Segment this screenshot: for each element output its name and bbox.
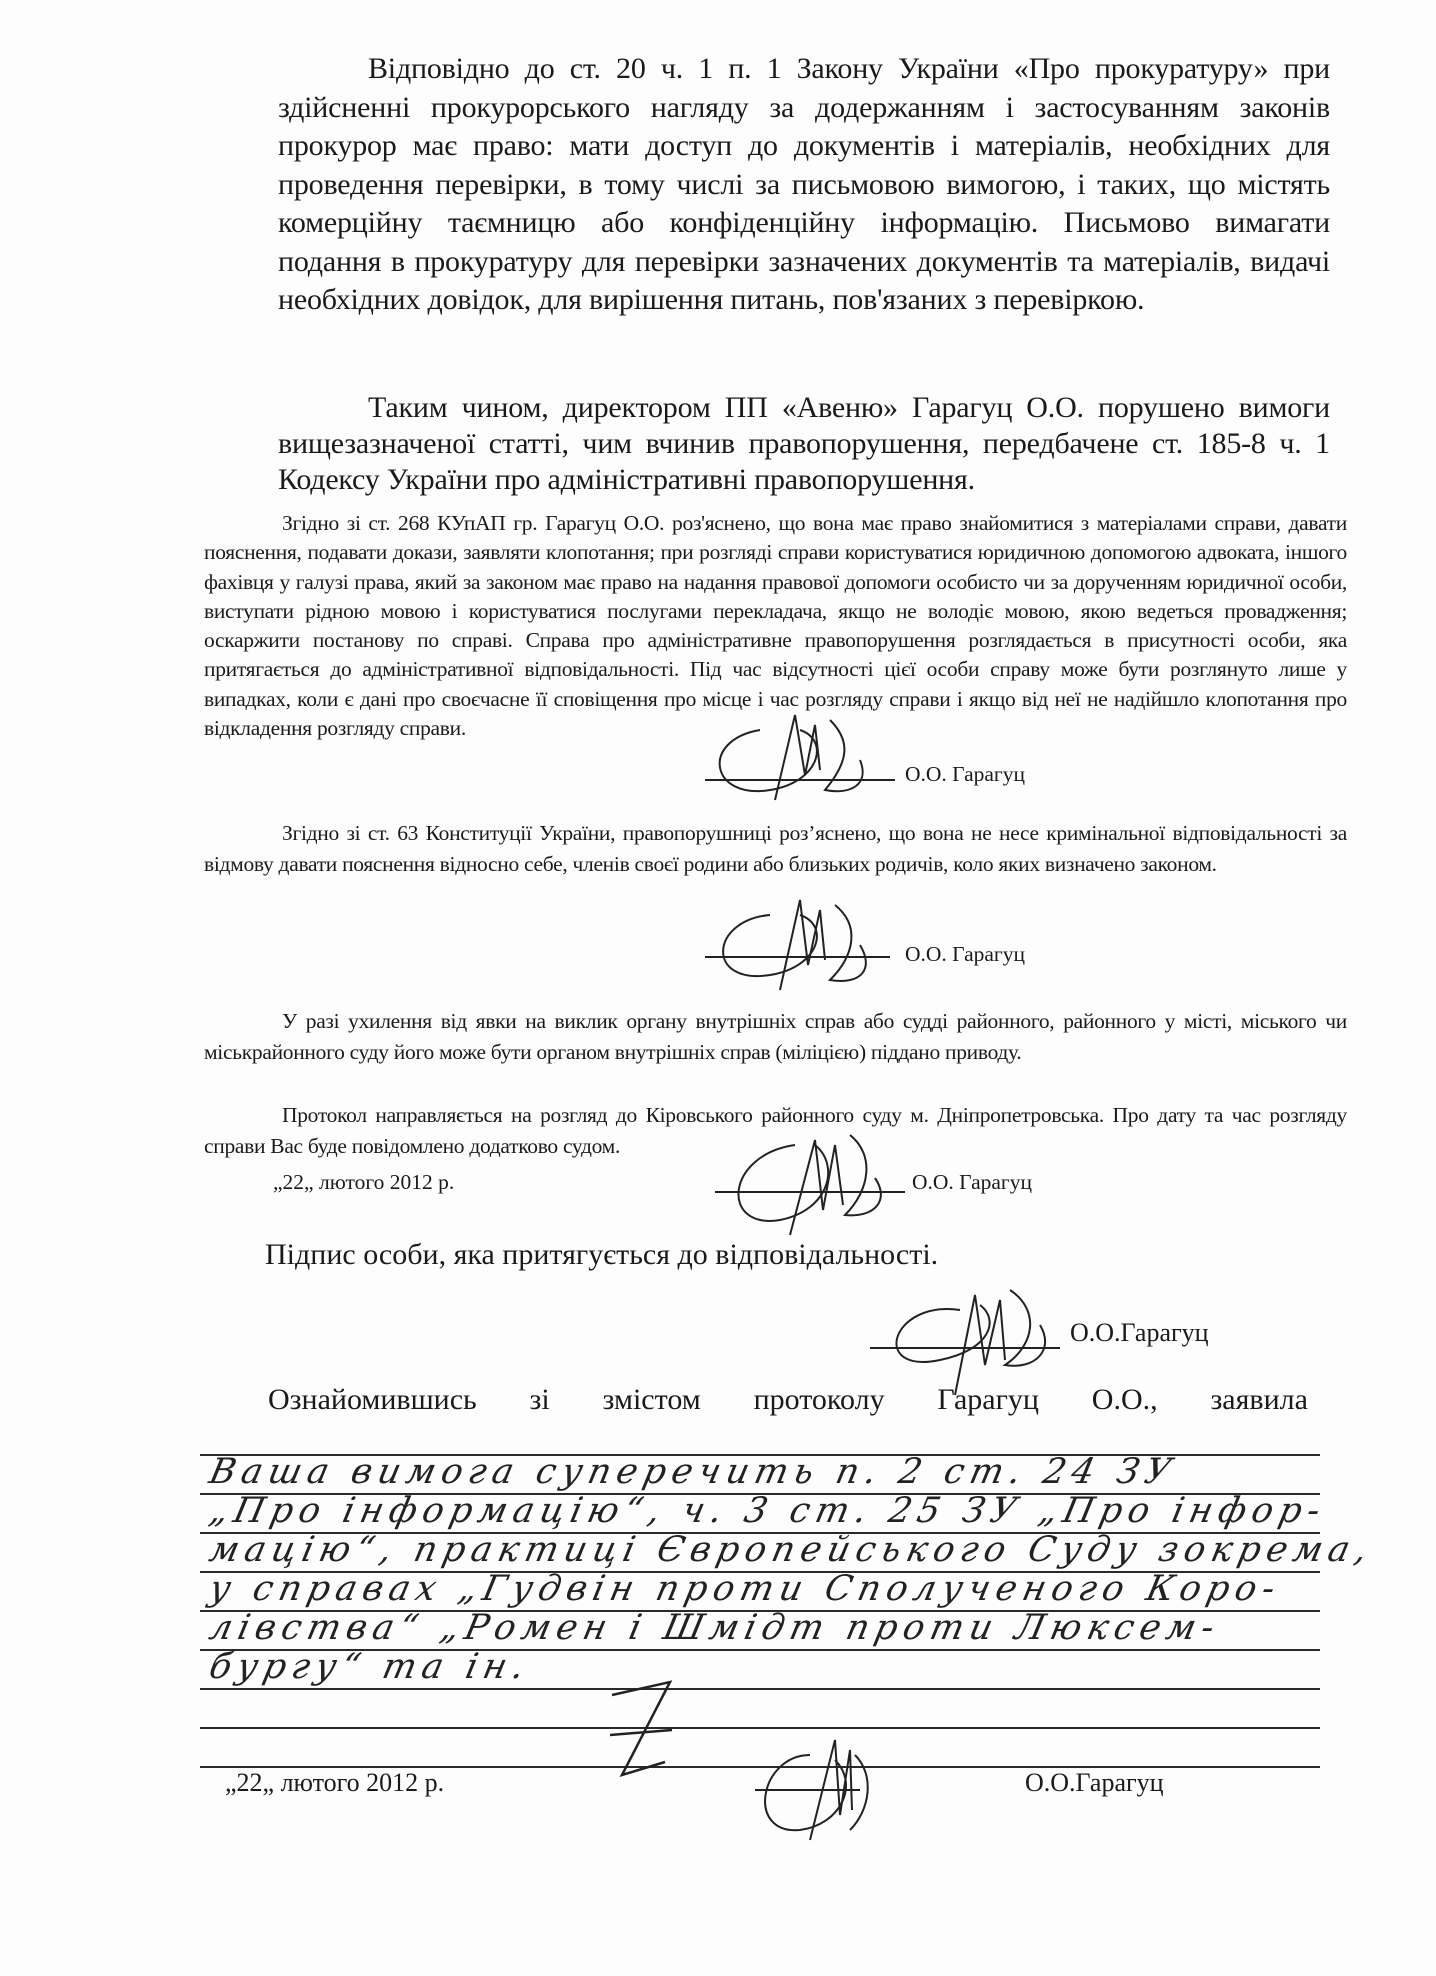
handwritten-statement: Ваша вимога суперечить п. 2 ст. 24 ЗУ „П… — [200, 1440, 1330, 1780]
signature-5-name: О.О.Гарагуц — [1025, 1768, 1164, 1798]
handwritten-line: бургу“ та ін. — [206, 1647, 534, 1687]
document-page: Відповідно до ст. 20 ч. 1 п. 1 Закону Ук… — [0, 0, 1436, 1976]
handwritten-line: у справах „Гудвін проти Сполученого Коро… — [206, 1569, 1285, 1609]
handwritten-line: Ваша вимога суперечить п. 2 ст. 24 ЗУ — [206, 1452, 1181, 1492]
paragraph-violation: Таким чином, директором ПП «Авеню» Гараг… — [278, 390, 1330, 498]
blank-strike-mark — [610, 1680, 680, 1780]
paragraph-summons: У разі ухилення від явки на виклик орган… — [204, 1006, 1347, 1068]
intro-word: Ознайомившись — [268, 1383, 477, 1417]
signature-title: Підпис особи, яка притягується до відпов… — [265, 1238, 938, 1272]
statement-intro: Ознайомившись зі змістом протоколу Гараг… — [268, 1383, 1308, 1417]
signature-2-name: О.О. Гарагуц — [905, 942, 1025, 967]
ruled-line — [200, 1688, 1320, 1690]
date-2: „22„ лютого 2012 р. — [225, 1768, 444, 1798]
paragraph-constitution: Згідно зі ст. 63 Конституції України, пр… — [204, 818, 1347, 880]
signature-3-name: О.О. Гарагуц — [912, 1170, 1032, 1195]
paragraph-prosecutor-rights: Відповідно до ст. 20 ч. 1 п. 1 Закону Ук… — [278, 50, 1330, 320]
handwritten-line: лівства“ „Ромен і Шмідт проти Люксем- — [206, 1608, 1224, 1648]
intro-word: заявила — [1210, 1383, 1307, 1417]
ruled-line — [200, 1727, 1320, 1729]
signature-5 — [740, 1735, 920, 1845]
signature-1 — [700, 700, 900, 810]
intro-word: зі — [530, 1383, 550, 1417]
signature-3 — [705, 1130, 915, 1240]
date-1: „22„ лютого 2012 р. — [273, 1170, 454, 1195]
signature-4-name: О.О.Гарагуц — [1070, 1318, 1209, 1348]
intro-word: змістом — [603, 1383, 701, 1417]
handwritten-line: „Про інформацію“, ч. 3 ст. 25 ЗУ „Про ін… — [206, 1491, 1330, 1531]
intro-word: протоколу — [754, 1383, 885, 1417]
signature-4 — [860, 1280, 1070, 1400]
signature-2 — [700, 895, 900, 1005]
intro-word: О.О., — [1092, 1383, 1158, 1417]
intro-word: Гарагуц — [937, 1383, 1039, 1417]
signature-1-name: О.О. Гарагуц — [905, 762, 1025, 787]
handwritten-line: мацію“, практиці Європейського Суду зокр… — [206, 1530, 1377, 1570]
